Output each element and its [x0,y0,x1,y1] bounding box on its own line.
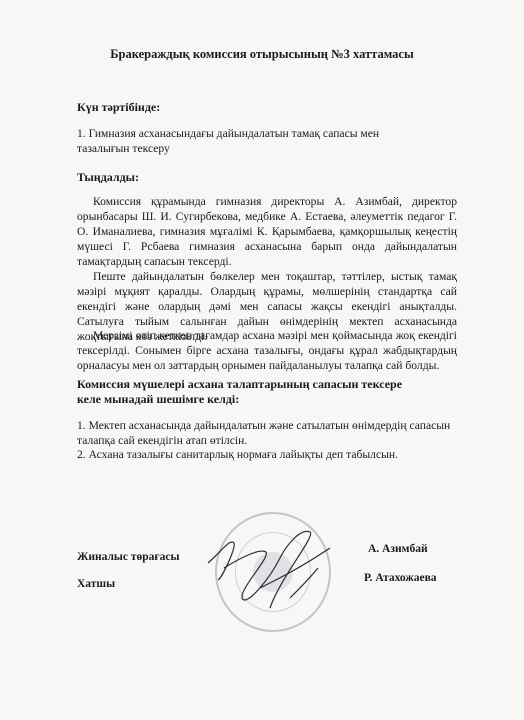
heard-paragraph: Мерзімі өтіп кеткен тағамдар асхана мәзі… [77,328,457,373]
heard-paragraph: Комиссия құрамында гимназия директоры А.… [77,194,457,269]
heard-heading: Тыңдалды: [77,170,139,185]
agenda-item: 1. Гимназия асханасындағы дайындалатын т… [77,126,407,156]
signature-icon [200,518,350,628]
document-title: Бракераждық комиссия отырысының №3 хатта… [0,47,524,62]
signature-name-chair: А. Азимбай [368,543,428,555]
decision-heading: Комиссия мүшелері асхана талаптарының са… [77,377,407,407]
signature-name-secretary: Р. Атахожаева [364,572,437,584]
signature-role-secretary: Хатшы [77,578,115,590]
decision-item: 2. Асхана тазалығы санитарлық нормаға ла… [77,447,457,462]
signature-role-chair: Жиналыс төрағасы [77,551,179,563]
decision-item: 1. Мектеп асханасында дайындалатын және … [77,418,457,448]
agenda-heading: Күн тәртібінде: [77,100,160,115]
document-page: Бракераждық комиссия отырысының №3 хатта… [0,0,524,720]
